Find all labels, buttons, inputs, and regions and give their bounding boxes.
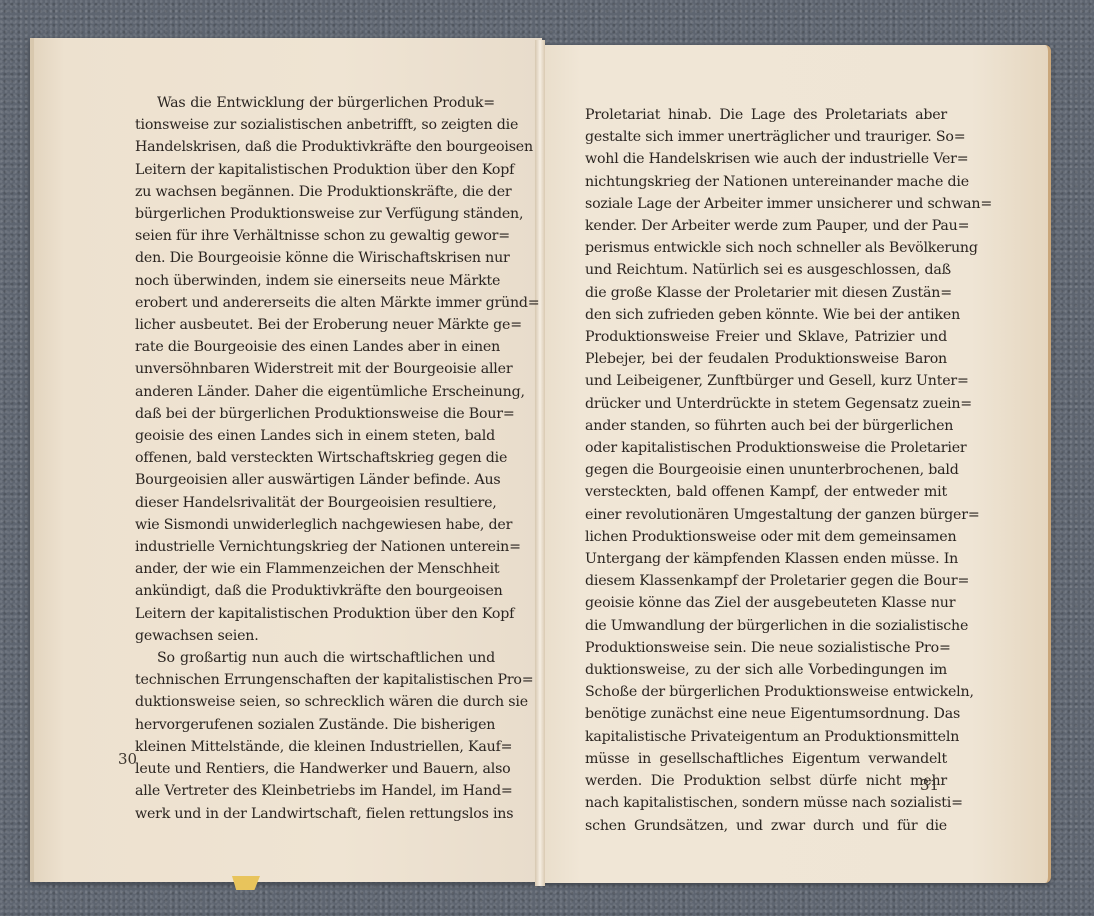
- right-page-text: Proletariat hinab. Die Lage des Proletar…: [585, 104, 947, 837]
- right-page-number: 31: [920, 776, 939, 794]
- text-line: oder kapitalistischen Produktionsweise d…: [585, 437, 947, 459]
- text-line: anderen Länder. Daher die eigentümliche …: [135, 381, 495, 403]
- text-line: Schoße der bürgerlichen Produktionsweise…: [585, 681, 947, 703]
- text-line: industrielle Vernichtungskrieg der Natio…: [135, 536, 495, 558]
- book-spine: [535, 40, 545, 886]
- text-line: alle Vertreter des Kleinbetriebs im Hand…: [135, 780, 495, 802]
- text-line: wohl die Handelskrisen wie auch der indu…: [585, 148, 947, 170]
- text-line: die Umwandlung der bürgerlichen in die s…: [585, 615, 947, 637]
- text-line: gewachsen seien.: [135, 625, 495, 647]
- open-book: Was die Entwicklung der bürgerlichen Pro…: [0, 0, 1094, 916]
- text-line: offenen, bald versteckten Wirtschaftskri…: [135, 447, 495, 469]
- text-line: den sich zufrieden geben könnte. Wie bei…: [585, 304, 947, 326]
- text-line: kender. Der Arbeiter werde zum Pauper, u…: [585, 215, 947, 237]
- text-line: nach kapitalistischen, sondern müsse nac…: [585, 792, 947, 814]
- text-line: bürgerlichen Produktionsweise zur Verfüg…: [135, 203, 495, 225]
- text-line: einer revolutionären Umgestaltung der ga…: [585, 504, 947, 526]
- text-line: seien für ihre Verhältnisse schon zu gew…: [135, 225, 495, 247]
- text-line: geoisie könne das Ziel der ausgebeuteten…: [585, 592, 947, 614]
- text-line: die große Klasse der Proletarier mit die…: [585, 282, 947, 304]
- text-line: Bourgeoisien aller auswärtigen Länder be…: [135, 469, 495, 491]
- text-line: erobert und andererseits die alten Märkt…: [135, 292, 495, 314]
- text-line: technischen Errungenschaften der kapital…: [135, 669, 495, 691]
- text-line: ander, der wie ein Flammenzeichen der Me…: [135, 558, 495, 580]
- text-line: und Reichtum. Natürlich sei es ausgeschl…: [585, 259, 947, 281]
- text-line: versteckten, bald offenen Kampf, der ent…: [585, 481, 947, 503]
- text-line: Untergang der kämpfenden Klassen enden m…: [585, 548, 947, 570]
- bookmark-ribbon: [232, 876, 260, 890]
- text-line: benötige zunächst eine neue Eigentumsord…: [585, 703, 947, 725]
- text-line: leute und Rentiers, die Handwerker und B…: [135, 758, 495, 780]
- left-page-number: 30: [118, 750, 137, 768]
- text-line: duktionsweise, zu der sich alle Vorbedin…: [585, 659, 947, 681]
- text-line: noch überwinden, indem sie einerseits ne…: [135, 270, 495, 292]
- left-page-text: Was die Entwicklung der bürgerlichen Pro…: [135, 92, 495, 825]
- text-line: werk und in der Landwirtschaft, fielen r…: [135, 803, 495, 825]
- text-line: Produktionsweise sein. Die neue sozialis…: [585, 637, 947, 659]
- text-line: daß bei der bürgerlichen Produktionsweis…: [135, 403, 495, 425]
- text-line: gestalte sich immer unerträglicher und t…: [585, 126, 947, 148]
- text-line: ander standen, so führten auch bei der b…: [585, 415, 947, 437]
- text-line: rate die Bourgeoisie des einen Landes ab…: [135, 336, 495, 358]
- text-line: gegen die Bourgeoisie einen ununterbroch…: [585, 459, 947, 481]
- text-line: müsse in gesellschaftliches Eigentum ver…: [585, 748, 947, 770]
- text-line: drücker und Unterdrückte in stetem Gegen…: [585, 393, 947, 415]
- text-line: den. Die Bourgeoisie könne die Wirischaf…: [135, 247, 495, 269]
- text-line: unversöhnbaren Widerstreit mit der Bourg…: [135, 358, 495, 380]
- text-line: ankündigt, daß die Produktivkräfte den b…: [135, 580, 495, 602]
- text-line: Leitern der kapitalistischen Produktion …: [135, 603, 495, 625]
- text-line: duktionsweise seien, so schrecklich wäre…: [135, 691, 495, 713]
- text-line: soziale Lage der Arbeiter immer unsicher…: [585, 193, 947, 215]
- text-line: Proletariat hinab. Die Lage des Proletar…: [585, 104, 947, 126]
- text-line: hervorgerufenen sozialen Zustände. Die b…: [135, 714, 495, 736]
- text-line: licher ausbeutet. Bei der Eroberung neue…: [135, 314, 495, 336]
- text-line: perismus entwickle sich noch schneller a…: [585, 237, 947, 259]
- text-line: nichtungskrieg der Nationen untereinande…: [585, 171, 947, 193]
- text-line: wie Sismondi unwiderleglich nachgewiesen…: [135, 514, 495, 536]
- text-line: diesem Klassenkampf der Proletarier gege…: [585, 570, 947, 592]
- text-line: und Leibeigener, Zunftbürger und Gesell,…: [585, 370, 947, 392]
- text-line: Produktionsweise Freier und Sklave, Patr…: [585, 326, 947, 348]
- text-line: So großartig nun auch die wirtschaftlich…: [135, 647, 495, 669]
- text-line: tionsweise zur sozialistischen anbetriff…: [135, 114, 495, 136]
- text-line: schen Grundsätzen, und zwar durch und fü…: [585, 815, 947, 837]
- text-line: Plebejer, bei der feudalen Produktionswe…: [585, 348, 947, 370]
- text-line: lichen Produktionsweise oder mit dem gem…: [585, 526, 947, 548]
- text-line: Handelskrisen, daß die Produktivkräfte d…: [135, 136, 495, 158]
- text-line: Was die Entwicklung der bürgerlichen Pro…: [135, 92, 495, 114]
- text-line: kleinen Mittelstände, die kleinen Indust…: [135, 736, 495, 758]
- text-line: Leitern der kapitalistischen Produktion …: [135, 159, 495, 181]
- text-line: zu wachsen begännen. Die Produktionskräf…: [135, 181, 495, 203]
- text-line: dieser Handelsrivalität der Bourgeoisien…: [135, 492, 495, 514]
- text-line: kapitalistische Privateigentum an Produk…: [585, 726, 947, 748]
- text-line: werden. Die Produktion selbst dürfe nich…: [585, 770, 947, 792]
- text-line: geoisie des einen Landes sich in einem s…: [135, 425, 495, 447]
